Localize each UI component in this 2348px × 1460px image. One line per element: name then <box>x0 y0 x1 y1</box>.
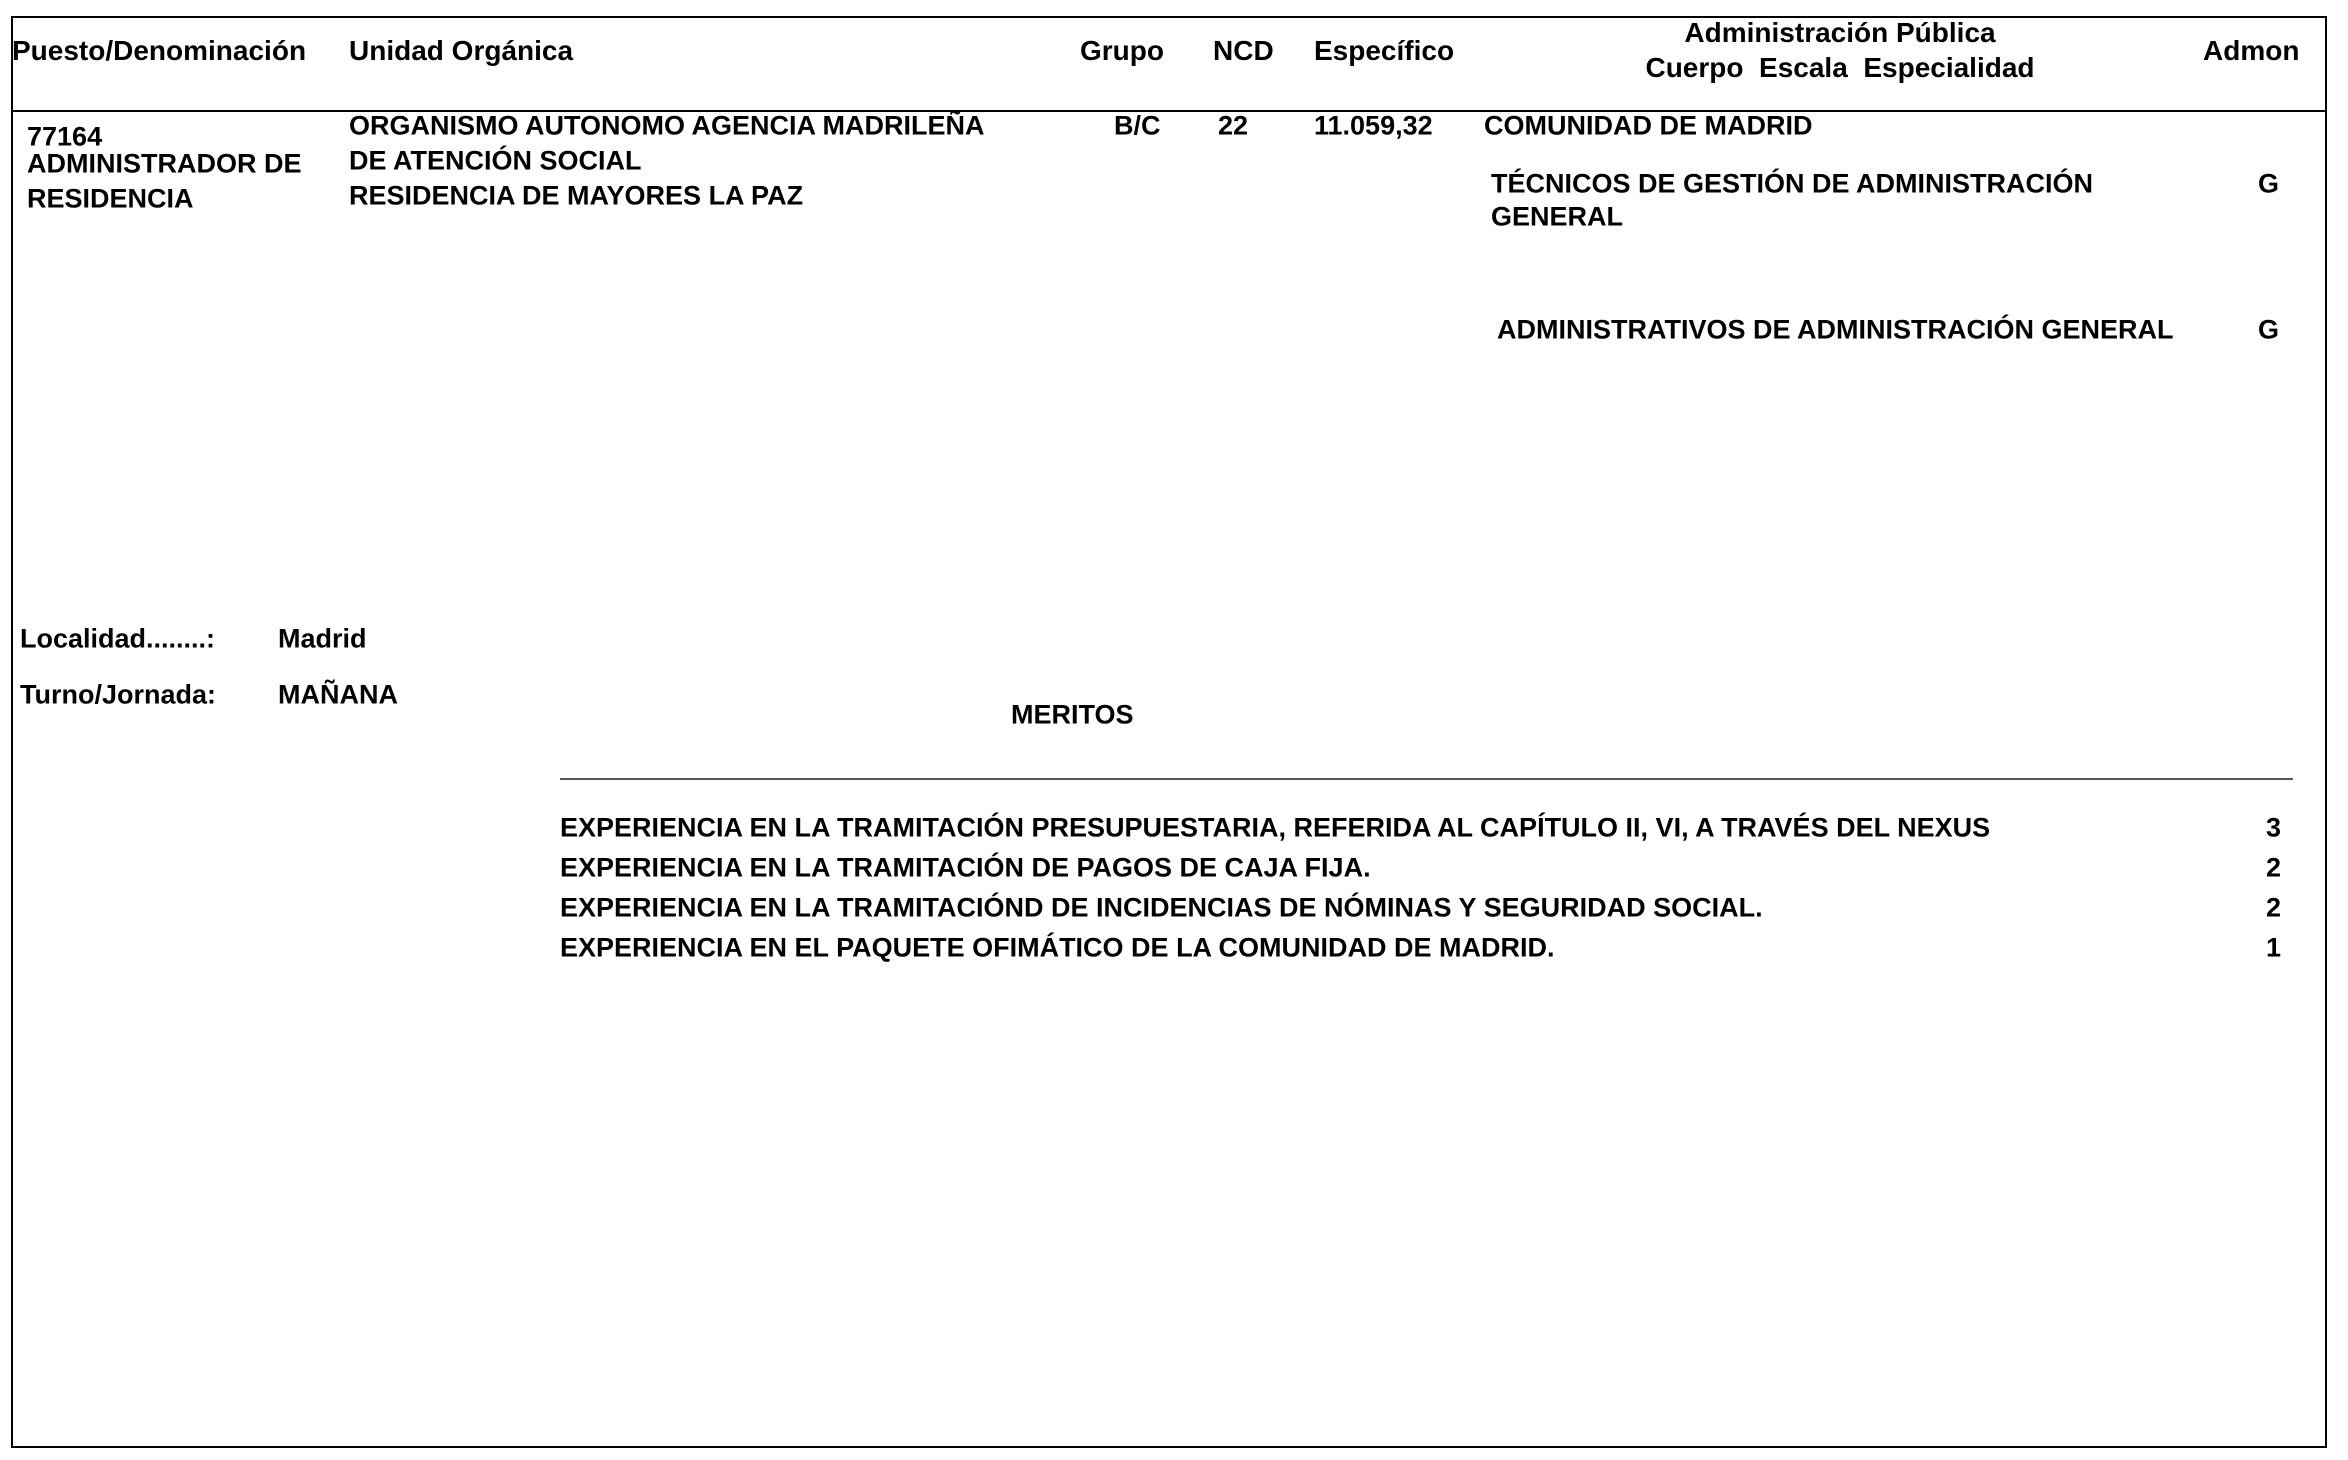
merito-3-text: EXPERIENCIA EN LA TRAMITACIÓND DE INCIDE… <box>560 895 1763 922</box>
administracion-value: COMUNIDAD DE MADRID <box>1484 113 1812 140</box>
cuerpo-2-line1: ADMINISTRATIVOS DE ADMINISTRACIÓN GENERA… <box>1497 317 2174 344</box>
merito-4-text: EXPERIENCIA EN EL PAQUETE OFIMÁTICO DE L… <box>560 935 1555 962</box>
unidad-line3: RESIDENCIA DE MAYORES LA PAZ <box>349 183 803 210</box>
header-administracion-publica: Administración Pública <box>1684 19 1995 47</box>
header-unidad: Unidad Orgánica <box>349 37 573 65</box>
header-ncd: NCD <box>1213 37 1274 65</box>
unidad-line1: ORGANISMO AUTONOMO AGENCIA MADRILEÑA <box>349 113 985 140</box>
meritos-divider <box>560 778 2293 780</box>
merito-2-points: 2 <box>2266 855 2281 882</box>
merito-1-points: 3 <box>2266 815 2281 842</box>
header-puesto: Puesto/Denominación <box>12 37 306 65</box>
cuerpo-1-line2: GENERAL <box>1491 204 1623 231</box>
turno-label: Turno/Jornada: <box>20 682 216 709</box>
puesto-denominacion-line1: ADMINISTRADOR DE <box>27 151 302 178</box>
turno-value: MAÑANA <box>278 682 398 709</box>
merito-1-text: EXPERIENCIA EN LA TRAMITACIÓN PRESUPUEST… <box>560 815 1990 842</box>
puesto-codigo: 77164 <box>27 124 102 151</box>
header-especifico: Específico <box>1314 37 1454 65</box>
meritos-title: MERITOS <box>1011 702 1134 729</box>
merito-3-points: 2 <box>2266 895 2281 922</box>
unidad-line2: DE ATENCIÓN SOCIAL <box>349 148 642 175</box>
merito-4-points: 1 <box>2266 935 2281 962</box>
merito-2-text: EXPERIENCIA EN LA TRAMITACIÓN DE PAGOS D… <box>560 855 1371 882</box>
localidad-label: Localidad........: <box>20 626 215 653</box>
cuerpo-2-admon: G <box>2258 317 2279 344</box>
header-cuerpo-escala: Cuerpo Escala Especialidad <box>1645 54 2034 82</box>
document-frame <box>11 16 2327 1448</box>
especifico-value: 11.059,32 <box>1314 113 1433 140</box>
grupo-value: B/C <box>1114 113 1161 140</box>
localidad-value: Madrid <box>278 626 367 653</box>
ncd-value: 22 <box>1218 113 1248 140</box>
cuerpo-1-admon: G <box>2258 171 2279 198</box>
puesto-denominacion-line2: RESIDENCIA <box>27 186 194 213</box>
header-admon: Admon <box>2203 37 2299 65</box>
cuerpo-1-line1: TÉCNICOS DE GESTIÓN DE ADMINISTRACIÓN <box>1491 171 2093 198</box>
header-grupo: Grupo <box>1080 37 1164 65</box>
